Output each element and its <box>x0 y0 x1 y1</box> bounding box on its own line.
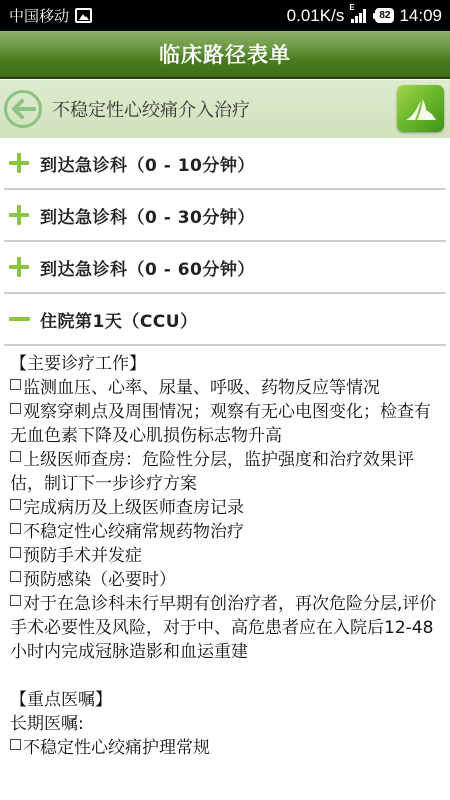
status-bar: 中国移动 0.01K/s E 82 14:09 <box>0 0 450 31</box>
group-label: 到达急诊科（0 - 30分钟） <box>40 203 255 228</box>
checklist-item: 监测血压、心率、尿量、呼吸、药物反应等情况 <box>10 376 440 400</box>
home-button[interactable] <box>397 85 444 132</box>
group-label: 到达急诊科（0 - 60分钟） <box>40 255 255 280</box>
group-row-0-30min[interactable]: 到达急诊科（0 - 30分钟） <box>4 190 446 242</box>
checklist-item: 对于在急诊科未行早期有创治疗者，再次危险分层,评价手术必要性及风险，对于中、高危… <box>10 592 440 664</box>
section-title-key-orders: 【重点医嘱】 <box>10 688 440 712</box>
checklist-item: 预防手术并发症 <box>10 544 440 568</box>
path-bar: 不稳定性心绞痛介入治疗 <box>0 80 450 138</box>
title-bar: 临床路径表单 <box>0 31 450 79</box>
spacer <box>10 664 440 688</box>
checklist-item: 完成病历及上级医师查房记录 <box>10 496 440 520</box>
back-button[interactable] <box>4 90 42 128</box>
pathway-list: 到达急诊科（0 - 10分钟） 到达急诊科（0 - 30分钟） 到达急诊科（0 … <box>0 138 450 760</box>
net-speed: 0.01K/s <box>287 6 345 26</box>
battery-icon: 82 <box>375 8 394 23</box>
plus-icon <box>9 204 31 226</box>
group-row-0-60min[interactable]: 到达急诊科（0 - 60分钟） <box>4 242 446 294</box>
checklist-item: 上级医师查房：危险性分层，监护强度和治疗效果评估，制订下一步诊疗方案 <box>10 448 440 496</box>
minus-icon <box>9 308 31 330</box>
plus-icon <box>9 256 31 278</box>
clock: 14:09 <box>399 6 442 26</box>
signal-icon: E <box>349 9 366 23</box>
image-notification-icon <box>75 8 92 23</box>
plus-icon <box>9 152 31 174</box>
battery-level: 82 <box>379 10 390 21</box>
road-icon <box>404 96 438 122</box>
checklist-item: 观察穿刺点及周围情况；观察有无心电图变化；检查有无血色素下降及心肌损伤标志物升高 <box>10 400 440 448</box>
group-label: 到达急诊科（0 - 10分钟） <box>40 151 255 176</box>
group-row-day1-ccu[interactable]: 住院第1天（CCU） <box>4 294 446 346</box>
group-detail: 【主要诊疗工作】 监测血压、心率、尿量、呼吸、药物反应等情况 观察穿刺点及周围情… <box>0 346 450 760</box>
network-type: E <box>349 3 354 12</box>
pathway-title: 不稳定性心绞痛介入治疗 <box>52 96 250 122</box>
group-label: 住院第1天（CCU） <box>40 307 198 332</box>
status-left: 中国移动 <box>9 5 92 26</box>
back-arrow-icon <box>10 99 36 119</box>
section-title-main-work: 【主要诊疗工作】 <box>10 352 440 376</box>
status-right: 0.01K/s E 82 14:09 <box>287 6 442 26</box>
checklist-item: 预防感染（必要时） <box>10 568 440 592</box>
long-term-orders-label: 长期医嘱: <box>10 712 440 736</box>
page-title: 临床路径表单 <box>159 39 291 69</box>
group-row-0-10min[interactable]: 到达急诊科（0 - 10分钟） <box>4 138 446 190</box>
checklist-item: 不稳定性心绞痛常规药物治疗 <box>10 520 440 544</box>
carrier-label: 中国移动 <box>9 5 69 26</box>
checklist-item: 不稳定性心绞痛护理常规 <box>10 736 440 760</box>
